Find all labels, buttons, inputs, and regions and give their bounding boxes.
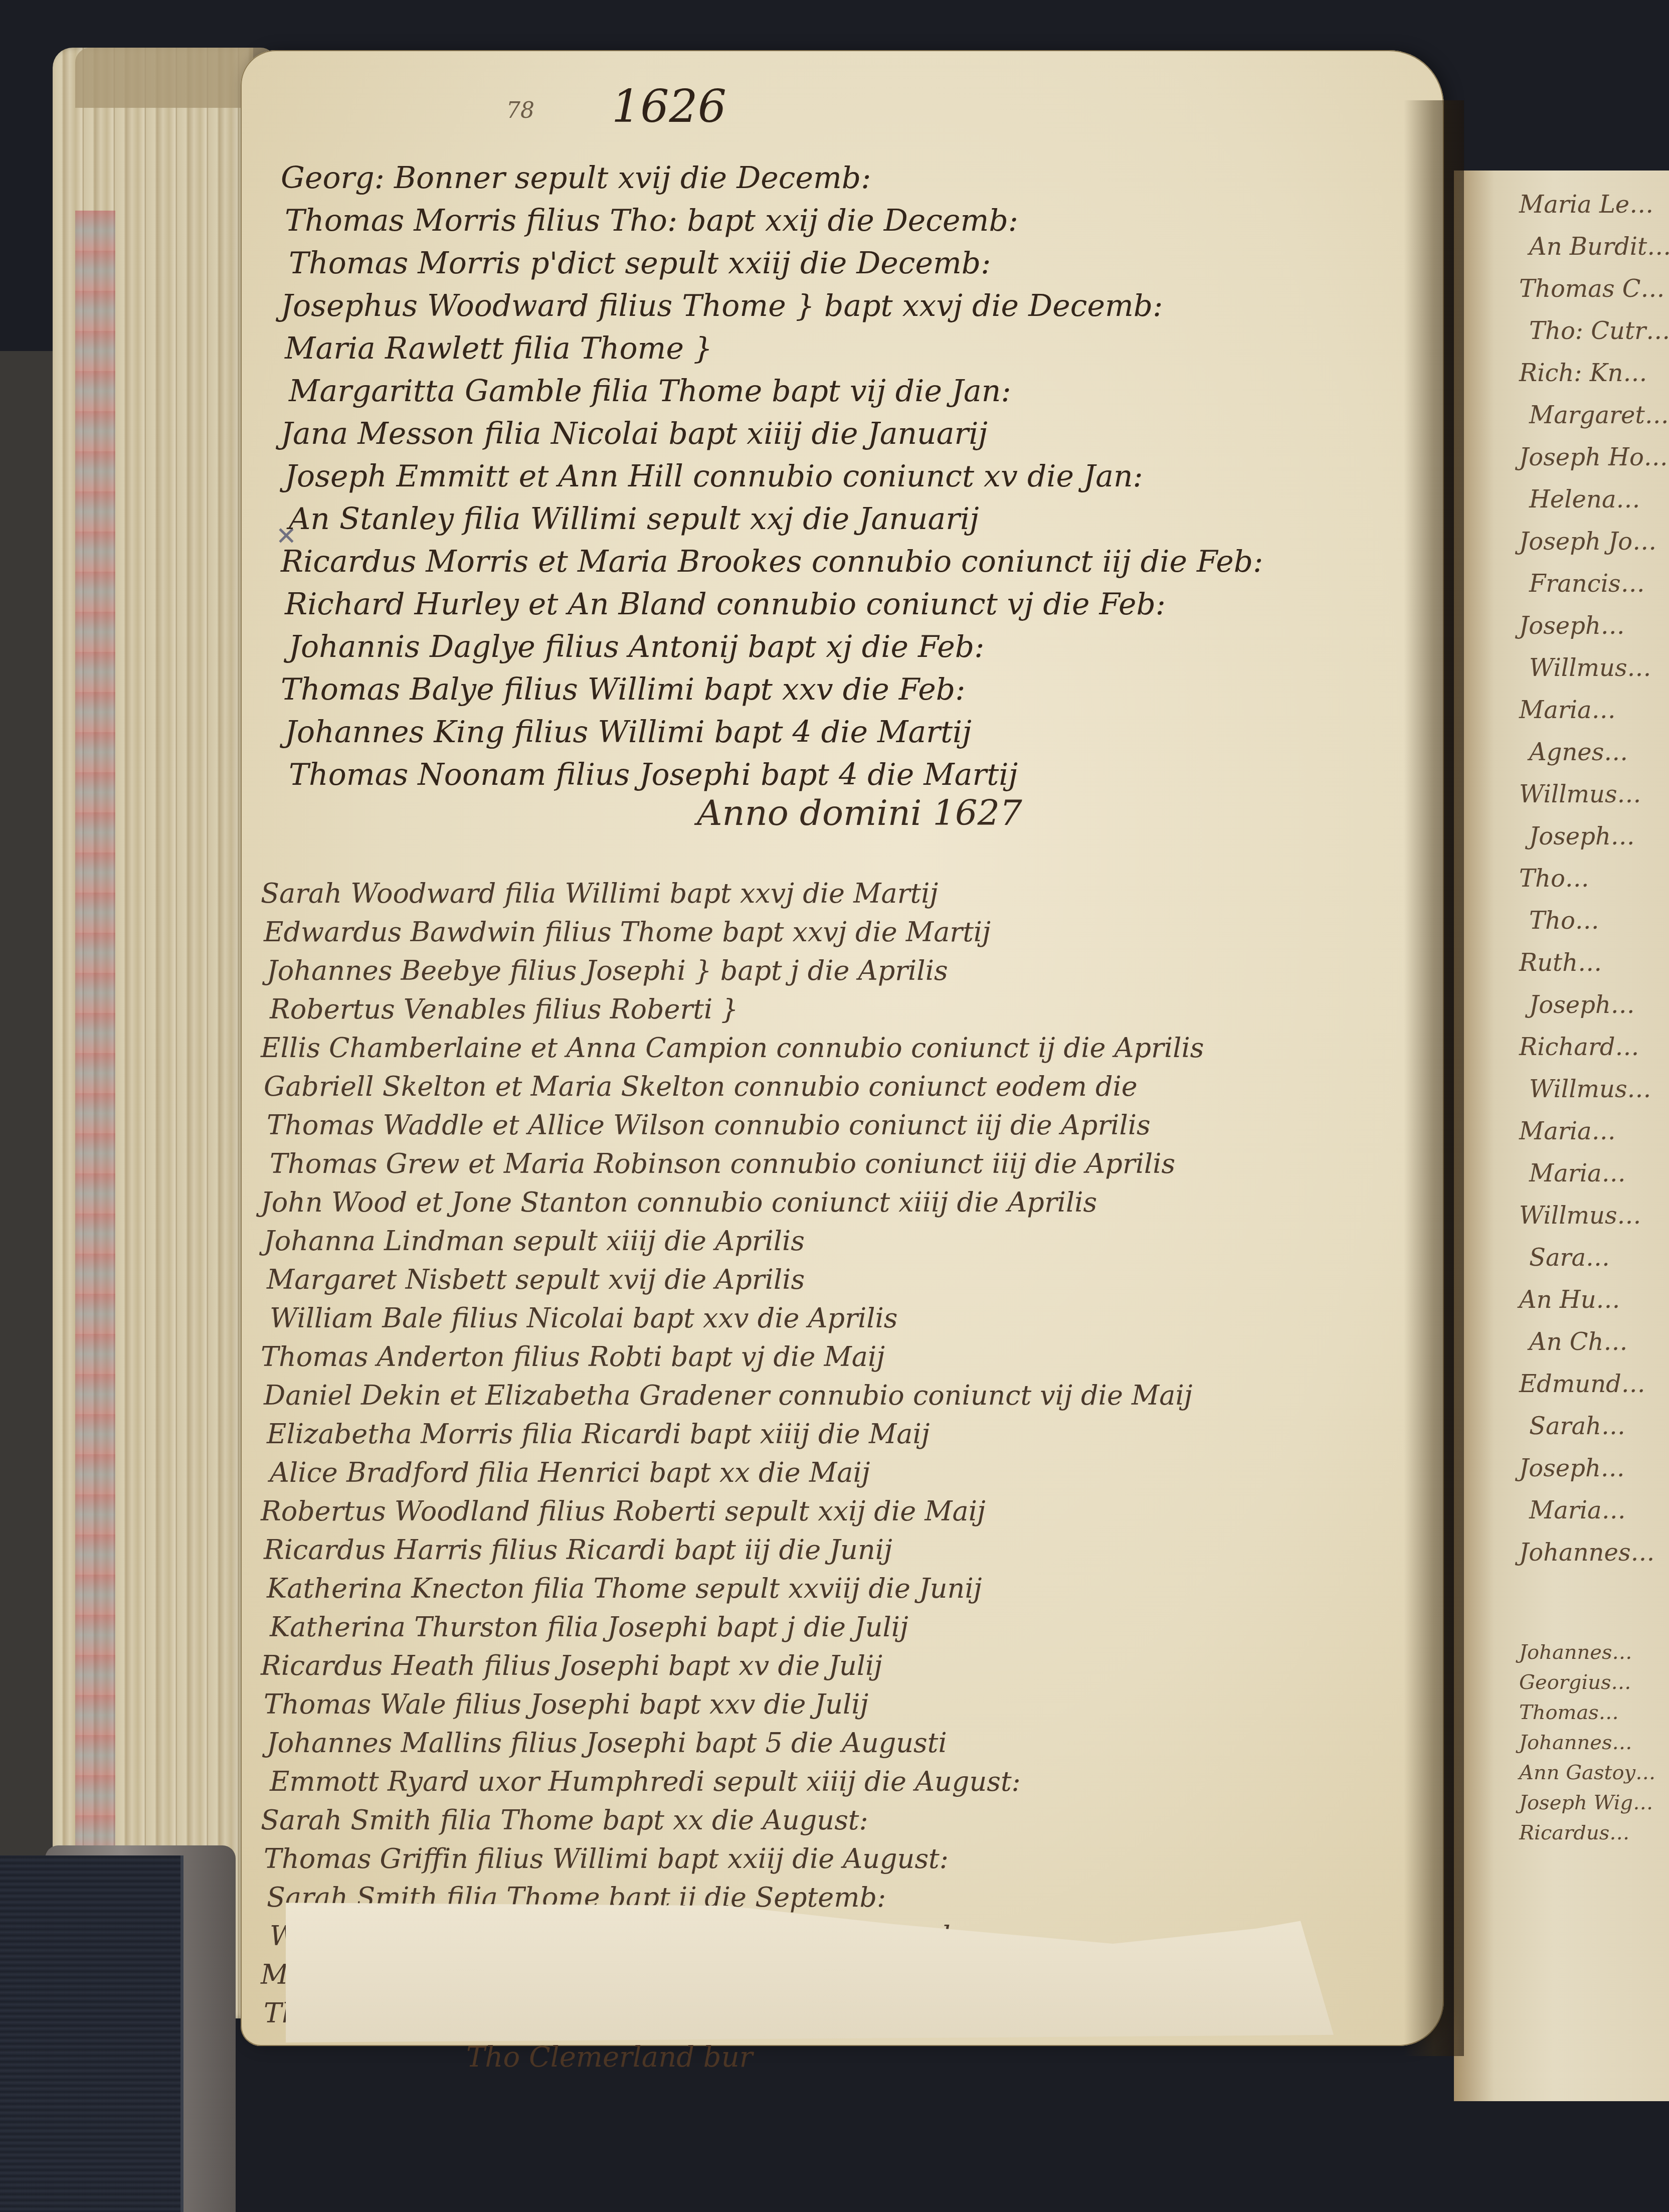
right-page-entry: Johannes…: [1519, 1539, 1655, 1567]
register-entry: Robertus Woodland filius Roberti sepult …: [261, 1495, 986, 1527]
folio-number: 78: [506, 98, 534, 123]
right-page-entry: Johannes…: [1519, 1641, 1632, 1664]
right-page-entry: Maria…: [1519, 696, 1616, 724]
register-entry: Thomas Morris p'dict sepult xxiij die De…: [289, 246, 991, 281]
right-page-entry: Thomas C…: [1519, 275, 1665, 303]
register-entry: Thomas Griffin filius Willimi bapt xxiij…: [264, 1843, 949, 1875]
right-page-entry: Joseph Wig…: [1519, 1791, 1653, 1814]
register-entry: Ellis Chamberlaine et Anna Campion connu…: [261, 1032, 1204, 1064]
register-entry: Sarah Woodward filia Willimi bapt xxvj d…: [261, 878, 938, 909]
right-page-entry: An Hu…: [1519, 1286, 1620, 1314]
register-entry: Thomas Anderton filius Robti bapt vj die…: [261, 1341, 885, 1373]
right-page-entry: Joseph…: [1519, 612, 1625, 640]
right-page-entry: Willmus…: [1529, 1075, 1651, 1103]
right-page-entry: Agnes…: [1529, 738, 1628, 766]
register-entry: Katherina Thurston filia Josephi bapt j …: [270, 1611, 908, 1643]
right-page-entry: Joseph Jo…: [1519, 528, 1656, 556]
register-entry: Edwardus Bawdwin filius Thome bapt xxvj …: [264, 916, 991, 948]
gutter-shadow: [1404, 100, 1464, 2056]
register-entry: Alice Bradford filia Henrici bapt xx die…: [270, 1457, 870, 1488]
right-page-entry: Ann Gastoy…: [1519, 1761, 1655, 1784]
right-page-entry: Willmus…: [1529, 654, 1651, 682]
register-entry: Johannes King filius Willimi bapt 4 die …: [285, 715, 972, 750]
red-stained-edge: [75, 211, 115, 1865]
register-entry: Maria Rawlett filia Thome }: [285, 331, 712, 366]
right-page-entry: Rich: Kn…: [1519, 359, 1647, 387]
register-entry: Margaret Nisbett sepult xvij die Aprilis: [267, 1264, 805, 1295]
right-page-entry: Margaret…: [1529, 401, 1669, 429]
register-entry: Johannes Beebye filius Josephi } bapt j …: [267, 955, 948, 986]
register-entry: Katherina Knecton filia Thome sepult xxv…: [267, 1573, 982, 1604]
right-page-entry: Helena…: [1529, 485, 1640, 514]
register-entry: Emmott Ryard uxor Humphredi sepult xiiij…: [270, 1766, 1021, 1797]
right-page-entry: Sarah…: [1529, 1412, 1625, 1440]
right-page-entry: Johannes…: [1519, 1731, 1632, 1754]
right-page-entry: Joseph Ho…: [1519, 443, 1668, 471]
right-page-entry: An Ch…: [1529, 1328, 1627, 1356]
right-page-entry: Joseph…: [1519, 1454, 1625, 1482]
register-entry: Thomas Waddle et Allice Wilson connubio …: [267, 1109, 1151, 1141]
right-page-entry: Maria…: [1529, 1159, 1626, 1187]
footer-note: Tho Clemerland bur: [466, 2041, 753, 2074]
register-entry: John Wood et Jone Stanton connubio coniu…: [261, 1186, 1097, 1218]
right-page-entry: Francis…: [1529, 570, 1645, 598]
right-page-entry: Tho: Cutr…: [1529, 317, 1669, 345]
register-entry: Daniel Dekin et Elizabetha Gradener conn…: [264, 1380, 1193, 1411]
register-entry: Josephus Woodward filius Thome } bapt xx…: [281, 288, 1163, 323]
register-entry: Sarah Smith filia Thome bapt xx die Augu…: [261, 1804, 868, 1836]
register-entry: William Bale filius Nicolai bapt xxv die…: [270, 1302, 898, 1334]
register-entry: Gabriell Skelton et Maria Skelton connub…: [264, 1071, 1138, 1102]
right-page: Maria Le…An Burdit…Thomas C…Tho: Cutr…Ri…: [1454, 171, 1669, 2101]
right-page-entry: Maria…: [1519, 1117, 1616, 1145]
register-entry: Georg: Bonner sepult xvij die Decemb:: [281, 160, 871, 196]
right-page-entry: Joseph…: [1529, 822, 1635, 850]
right-page-entry: Ruth…: [1519, 949, 1602, 977]
register-entry: Jana Messon filia Nicolai bapt xiiij die…: [281, 416, 988, 451]
register-entry: Thomas Grew et Maria Robinson connubio c…: [270, 1148, 1175, 1179]
register-entry: Ricardus Harris filius Ricardi bapt iij …: [264, 1534, 892, 1566]
right-page-entry: An Burdit…: [1529, 233, 1669, 261]
register-entry: Johanna Lindman sepult xiiij die Aprilis: [264, 1225, 805, 1257]
right-page-entry: Maria…: [1529, 1496, 1626, 1524]
register-entry: Ricardus Morris et Maria Brookes connubi…: [281, 544, 1263, 579]
right-page-entry: Edmund…: [1519, 1370, 1645, 1398]
right-page-entry: Willmus…: [1519, 1202, 1641, 1230]
cloth-binding-strip: [0, 1855, 183, 2212]
register-entry: Johannis Daglye filius Antonij bapt xj d…: [289, 629, 984, 664]
register-entry: Thomas Noonam filius Josephi bapt 4 die …: [289, 757, 1018, 792]
right-page-entry: Tho…: [1519, 865, 1589, 893]
right-page-entry: Joseph…: [1529, 991, 1635, 1019]
section-heading-1627: Anno domini 1627: [697, 792, 1022, 833]
right-page-entry: Maria Le…: [1519, 191, 1653, 219]
right-page-entry: Richard…: [1519, 1033, 1639, 1061]
register-entry: An Stanley filia Willimi sepult xxj die …: [289, 501, 979, 537]
register-entry: Richard Hurley et An Bland connubio coni…: [285, 587, 1166, 622]
register-entry: Thomas Balye filius Willimi bapt xxv die…: [281, 672, 965, 707]
register-entry: Robertus Venables filius Roberti }: [270, 993, 738, 1025]
right-page-entry: Ricardus…: [1519, 1821, 1629, 1844]
register-entry: Thomas Wale filius Josephi bapt xxv die …: [264, 1688, 868, 1720]
register-entry: Margaritta Gamble filia Thome bapt vij d…: [289, 374, 1011, 409]
right-page-entry: Tho…: [1529, 907, 1599, 935]
right-page-entry: Sara…: [1529, 1244, 1610, 1272]
register-entry: Elizabetha Morris filia Ricardi bapt xii…: [267, 1418, 930, 1450]
right-page-entry: Georgius…: [1519, 1671, 1631, 1694]
register-entry: Thomas Morris filius Tho: bapt xxij die …: [285, 203, 1018, 238]
register-entry: Ricardus Heath filius Josephi bapt xv di…: [261, 1650, 882, 1681]
right-page-entry: Willmus…: [1519, 780, 1641, 808]
register-entry: Johannes Mallins filius Josephi bapt 5 d…: [267, 1727, 947, 1759]
right-page-entry: Thomas…: [1519, 1701, 1619, 1724]
year-heading: 1626: [612, 80, 726, 133]
register-entry: Joseph Emmitt et Ann Hill connubio coniu…: [285, 459, 1143, 494]
